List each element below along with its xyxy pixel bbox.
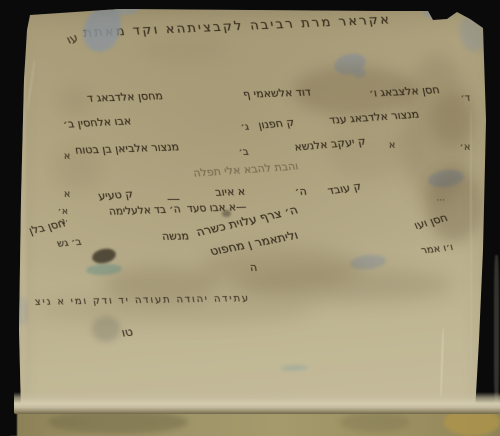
foreground-marks-layer <box>0 0 500 436</box>
page-fold-ridge <box>14 392 500 414</box>
strip-blotch <box>340 412 410 432</box>
right-edge-sliver <box>494 255 499 405</box>
manuscript-photo: אקראר מרת רביבה לקבציתהא וקד מאתתעומחסן … <box>0 0 500 436</box>
